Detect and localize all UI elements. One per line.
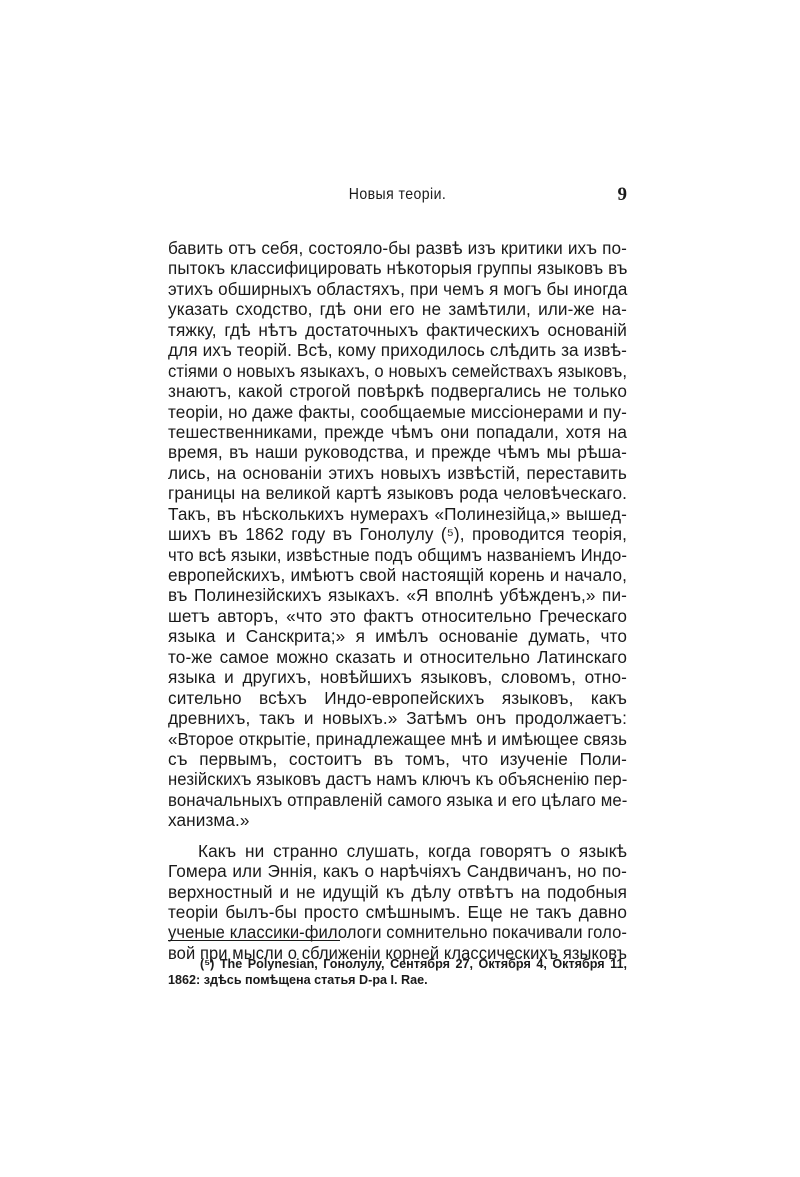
text-line: пытокъ классифицировать нѣкоторыя группы… <box>168 258 627 278</box>
text-line: что всѣ языки, извѣстные подъ общимъ наз… <box>168 545 627 565</box>
text-line: время, въ наши руководства, и прежде чѣм… <box>168 442 627 462</box>
footnote-rule <box>168 940 340 941</box>
text-line: бавить отъ себя, состояло-бы развѣ изъ к… <box>168 238 627 258</box>
text-line: теоріи былъ-бы просто смѣшнымъ. Еще не т… <box>168 902 627 922</box>
text-line: Такъ, въ нѣсколькихъ нумерахъ «Полинезій… <box>168 504 627 524</box>
body-text: бавить отъ себя, состояло-бы развѣ изъ к… <box>168 238 627 963</box>
paragraph-1: бавить отъ себя, состояло-бы развѣ изъ к… <box>168 238 627 831</box>
text-line: ханизма.» <box>168 810 627 830</box>
text-line: тешественниками, прежде чѣмъ они попадал… <box>168 422 627 442</box>
paragraph-2: Какъ ни странно слушать, когда говорятъ … <box>168 841 627 964</box>
text-line: для ихъ теорій. Всѣ, кому приходилось сл… <box>168 340 627 360</box>
text-line: незійскихъ языковъ дастъ намъ ключъ къ о… <box>168 769 627 789</box>
footnote-line: (⁵) The Polynesian, Гонолулу, Сентября 2… <box>168 957 627 973</box>
text-line: воначальныхъ отправленій самого языка и … <box>168 790 627 810</box>
text-line: стіями о новыхъ языкахъ, о новыхъ семейс… <box>168 361 627 381</box>
text-line: лись, на основаніи этихъ новыхъ извѣстій… <box>168 463 627 483</box>
text-line: тяжку, гдѣ нѣтъ достаточныхъ фактических… <box>168 320 627 340</box>
text-line: европейскихъ, имѣютъ свой настоящій коре… <box>168 565 627 585</box>
running-title: Новыя теоріи. <box>196 186 600 204</box>
text-line: указать сходство, гдѣ они его не замѣтил… <box>168 299 627 319</box>
text-line: шетъ авторъ, «что это фактъ относительно… <box>168 606 627 626</box>
book-page: Новыя теоріи. 9 бавить отъ себя, состоял… <box>0 0 800 1177</box>
text-line: языка и другихъ, новѣйшихъ языковъ, слов… <box>168 667 627 687</box>
page-number: 9 <box>618 184 628 206</box>
text-line: знаютъ, какой строгой повѣркѣ подвергали… <box>168 381 627 401</box>
text-line: сительно всѣхъ Индо-европейскихъ языковъ… <box>168 688 627 708</box>
footnote-line: 1862: здѣсь помѣщена статья D-ра I. Rae. <box>168 973 627 989</box>
text-line: «Второе открытіе, принадлежащее мнѣ и им… <box>168 729 627 749</box>
text-line: границы на великой картѣ языковъ рода че… <box>168 483 627 503</box>
text-line: то-же самое можно сказать и относительно… <box>168 647 627 667</box>
text-line: въ Полинезійскихъ языкахъ. «Я вполнѣ убѣ… <box>168 585 627 605</box>
paragraph-gap <box>168 831 627 841</box>
text-line: Какъ ни странно слушать, когда говорятъ … <box>168 841 627 861</box>
text-line: съ первымъ, состоитъ въ томъ, что изучен… <box>168 749 627 769</box>
text-line: языка и Санскрита;» я имѣлъ основаніе ду… <box>168 626 627 646</box>
text-line: Гомера или Эннія, какъ о нарѣчіяхъ Сандв… <box>168 861 627 881</box>
text-line: шихъ въ 1862 году въ Гонолулу (⁵), прово… <box>168 524 627 544</box>
text-line: теоріи, но даже факты, сообщаемые миссіо… <box>168 402 627 422</box>
footnotes: (⁵) The Polynesian, Гонолулу, Сентября 2… <box>168 957 627 988</box>
text-line: древнихъ, такъ и новыхъ.» Затѣмъ онъ про… <box>168 708 627 728</box>
text-line: этихъ обширныхъ областяхъ, при чемъ я мо… <box>168 279 627 299</box>
text-line: верхностный и не идущій къ дѣлу отвѣтъ н… <box>168 882 627 902</box>
running-head: Новыя теоріи. 9 <box>168 184 627 210</box>
